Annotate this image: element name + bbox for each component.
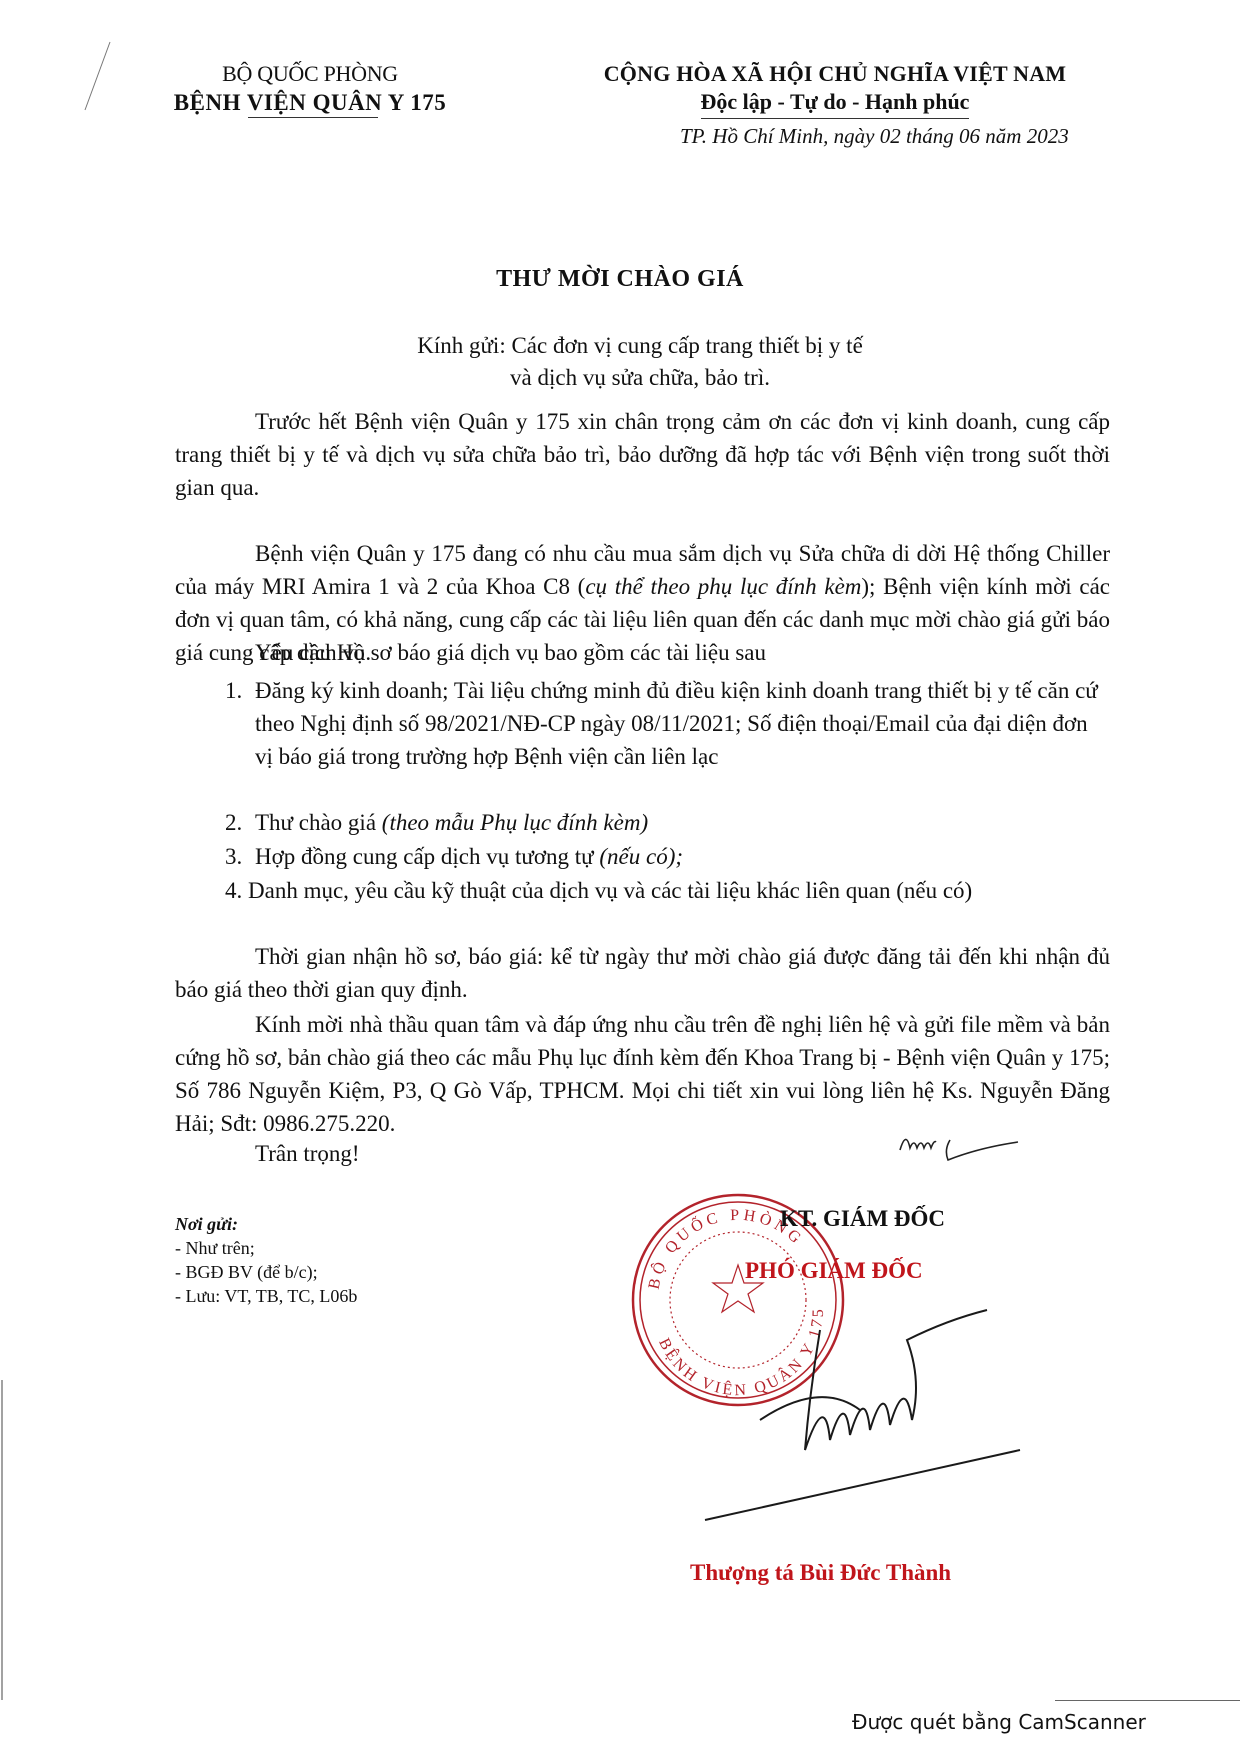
paragraph-thanks-text: Trước hết Bệnh viện Quân y 175 xin chân …: [175, 409, 1110, 500]
recipient: Kính gửi: Các đơn vị cung cấp trang thiế…: [330, 330, 950, 394]
signature-title: KT. GIÁM ĐỐC: [780, 1206, 945, 1232]
recipients-block: Nơi gửi: - Như trên; - BGĐ BV (để b/c); …: [175, 1212, 357, 1308]
requirement-text: Danh mục, yêu cầu kỹ thuật của dịch vụ v…: [248, 878, 972, 903]
requirement-number: 4.: [225, 878, 242, 903]
hospital-underline: [248, 117, 378, 118]
requirement-text: Đăng ký kinh doanh; Tài liệu chứng minh …: [255, 678, 1098, 769]
camscanner-watermark: Được quét bằng CamScanner: [852, 1710, 1146, 1734]
recipient-item: - BGĐ BV (để b/c);: [175, 1260, 357, 1284]
requirement-item: 2. Thư chào giá (theo mẫu Phụ lục đính k…: [255, 806, 1110, 839]
scan-scratch-mark: [80, 40, 120, 120]
closing-greeting: Trân trọng!: [255, 1141, 360, 1167]
requirement-item: 1. Đăng ký kinh doanh; Tài liệu chứng mi…: [255, 674, 1110, 773]
requirement-note: (nếu có);: [599, 844, 683, 869]
scan-edge-line: [1, 1380, 3, 1700]
contact-text: Kính mời nhà thầu quan tâm và đáp ứng nh…: [175, 1012, 1110, 1136]
requirement-number: 1.: [225, 674, 242, 707]
recipient-line-1: Kính gửi: Các đơn vị cung cấp trang thiế…: [330, 330, 950, 362]
paragraph-requirements-intro: Yêu cầu Hồ sơ báo giá dịch vụ bao gồm cá…: [175, 636, 1110, 669]
ministry-name: BỘ QUỐC PHÒNG: [140, 60, 480, 88]
national-motto: Độc lập - Tự do - Hạnh phúc: [701, 88, 970, 119]
date-line: TP. Hồ Chí Minh, ngày 02 tháng 06 năm 20…: [680, 124, 1069, 149]
hospital-name: BỆNH VIỆN QUÂN Y 175: [140, 88, 480, 118]
appendix-reference: cụ thể theo phụ lục đính kèm: [585, 574, 861, 599]
recipient-item: - Như trên;: [175, 1236, 357, 1260]
paragraph-contact: Kính mời nhà thầu quan tâm và đáp ứng nh…: [175, 1008, 1110, 1140]
timeline-text: Thời gian nhận hồ sơ, báo giá: kể từ ngà…: [175, 944, 1110, 1002]
requirement-number: 2.: [225, 806, 242, 839]
footer-divider: [1055, 1700, 1240, 1701]
paragraph-timeline: Thời gian nhận hồ sơ, báo giá: kể từ ngà…: [175, 940, 1110, 1006]
paragraph-thanks: Trước hết Bệnh viện Quân y 175 xin chân …: [175, 405, 1110, 504]
recipient-item: - Lưu: VT, TB, TC, L06b: [175, 1284, 357, 1308]
requirement-text: Hợp đồng cung cấp dịch vụ tương tự: [255, 844, 599, 869]
handwritten-signature: [700, 1270, 1040, 1530]
signer-name: Thượng tá Bùi Đức Thành: [690, 1560, 951, 1586]
header-right: CỘNG HÒA XÃ HỘI CHỦ NGHĨA VIỆT NAM Độc l…: [600, 60, 1070, 119]
document-title: THƯ MỜI CHÀO GIÁ: [0, 266, 1240, 293]
nation-name: CỘNG HÒA XÃ HỘI CHỦ NGHĨA VIỆT NAM: [600, 60, 1070, 88]
recipient-line-2: và dịch vụ sửa chữa, bảo trì.: [330, 362, 950, 394]
header-left: BỘ QUỐC PHÒNG BỆNH VIỆN QUÂN Y 175: [140, 60, 480, 118]
requirement-text: Thư chào giá: [255, 810, 382, 835]
recipients-label: Nơi gửi:: [175, 1212, 357, 1236]
requirement-item: 4. Danh mục, yêu cầu kỹ thuật của dịch v…: [175, 874, 1110, 907]
requirement-note: (theo mẫu Phụ lục đính kèm): [382, 810, 648, 835]
requirement-item: 3. Hợp đồng cung cấp dịch vụ tương tự (n…: [255, 840, 1110, 873]
requirement-number: 3.: [225, 840, 242, 873]
requirements-intro-text: Yêu cầu Hồ sơ báo giá dịch vụ bao gồm cá…: [255, 640, 766, 665]
initials-signature: [895, 1125, 1025, 1165]
